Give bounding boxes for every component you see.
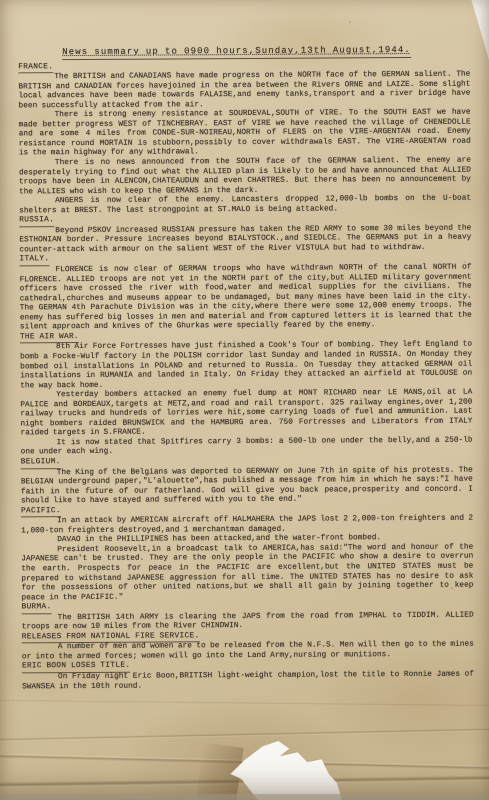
document-section: ITALY. FLORENCE is now clear of GERMAN t… — [19, 253, 471, 333]
paragraph: There is strong enemy resistance at SOUR… — [19, 109, 471, 159]
paper-crease — [0, 699, 489, 706]
document-text-column: News summary up to 0900 hours,Sunday,13t… — [18, 0, 474, 692]
document-section: RUSSIA. Beyond PSKOV increased RUSSIAN p… — [19, 214, 471, 256]
paragraph: There is no news announced from the SOUT… — [19, 157, 471, 198]
torn-hole-bottom — [222, 741, 342, 800]
paragraph: The King of the Belgians was deported to… — [21, 466, 473, 507]
paragraph: FLORENCE is now clear of GERMAN troops w… — [20, 264, 472, 334]
document-section: BELGIUM. The King of the Belgians was de… — [21, 456, 473, 507]
section-heading: BURMA. — [22, 603, 52, 614]
document-section: BURMA. The BRITISH 14th ARMY is clearing… — [22, 601, 474, 633]
sections-container: FRANCE. The BRITISH and CANADIANS have m… — [18, 60, 474, 692]
paragraph: 8th Air Force Fortresses have just finis… — [20, 341, 472, 391]
document-section: ERIC BOON LOSES TITLE. On Friday night E… — [22, 660, 474, 692]
section-heading: ERIC BOON LOSES TITLE. — [22, 662, 130, 673]
section-heading: ITALY. — [19, 256, 49, 267]
section-heading: BELGIUM. — [21, 458, 61, 469]
paper-crease — [0, 728, 489, 742]
title-row: News summary up to 0900 hours,Sunday,13t… — [18, 0, 470, 63]
paragraph: The BRITISH and CANADIANS have made prog… — [18, 71, 470, 112]
paragraph: President Roosevelt,in a broadcast talk … — [21, 544, 473, 604]
document-title: News summary up to 0900 hours,Sunday,13t… — [62, 46, 411, 60]
paragraph: Beyond PSKOV increased RUSSIAN pressure … — [19, 224, 471, 255]
paragraph: Yesterday bombers attacked an enemy fuel… — [20, 389, 472, 439]
paper-bottom-edge — [0, 794, 489, 800]
document-section: RELEASES FROM NATIONAL FIRE SERVICE. A n… — [22, 630, 474, 662]
paragraph: On Friday night Eric Boon,BRITISH light-… — [22, 671, 474, 693]
section-heading: RUSSIA. — [19, 216, 54, 227]
document-section: FRANCE. The BRITISH and CANADIANS have m… — [18, 60, 471, 217]
torn-corner-top-right — [467, 0, 489, 60]
document-section: THE AIR WAR. 8th Air Force Fortresses ha… — [20, 330, 473, 458]
section-heading: PACIFIC. — [21, 507, 61, 518]
typewritten-news-sheet: News summary up to 0900 hours,Sunday,13t… — [0, 0, 489, 800]
section-heading: FRANCE. — [18, 63, 53, 74]
document-section: PACIFIC. In an attack by AMERICAN aircra… — [21, 504, 474, 603]
